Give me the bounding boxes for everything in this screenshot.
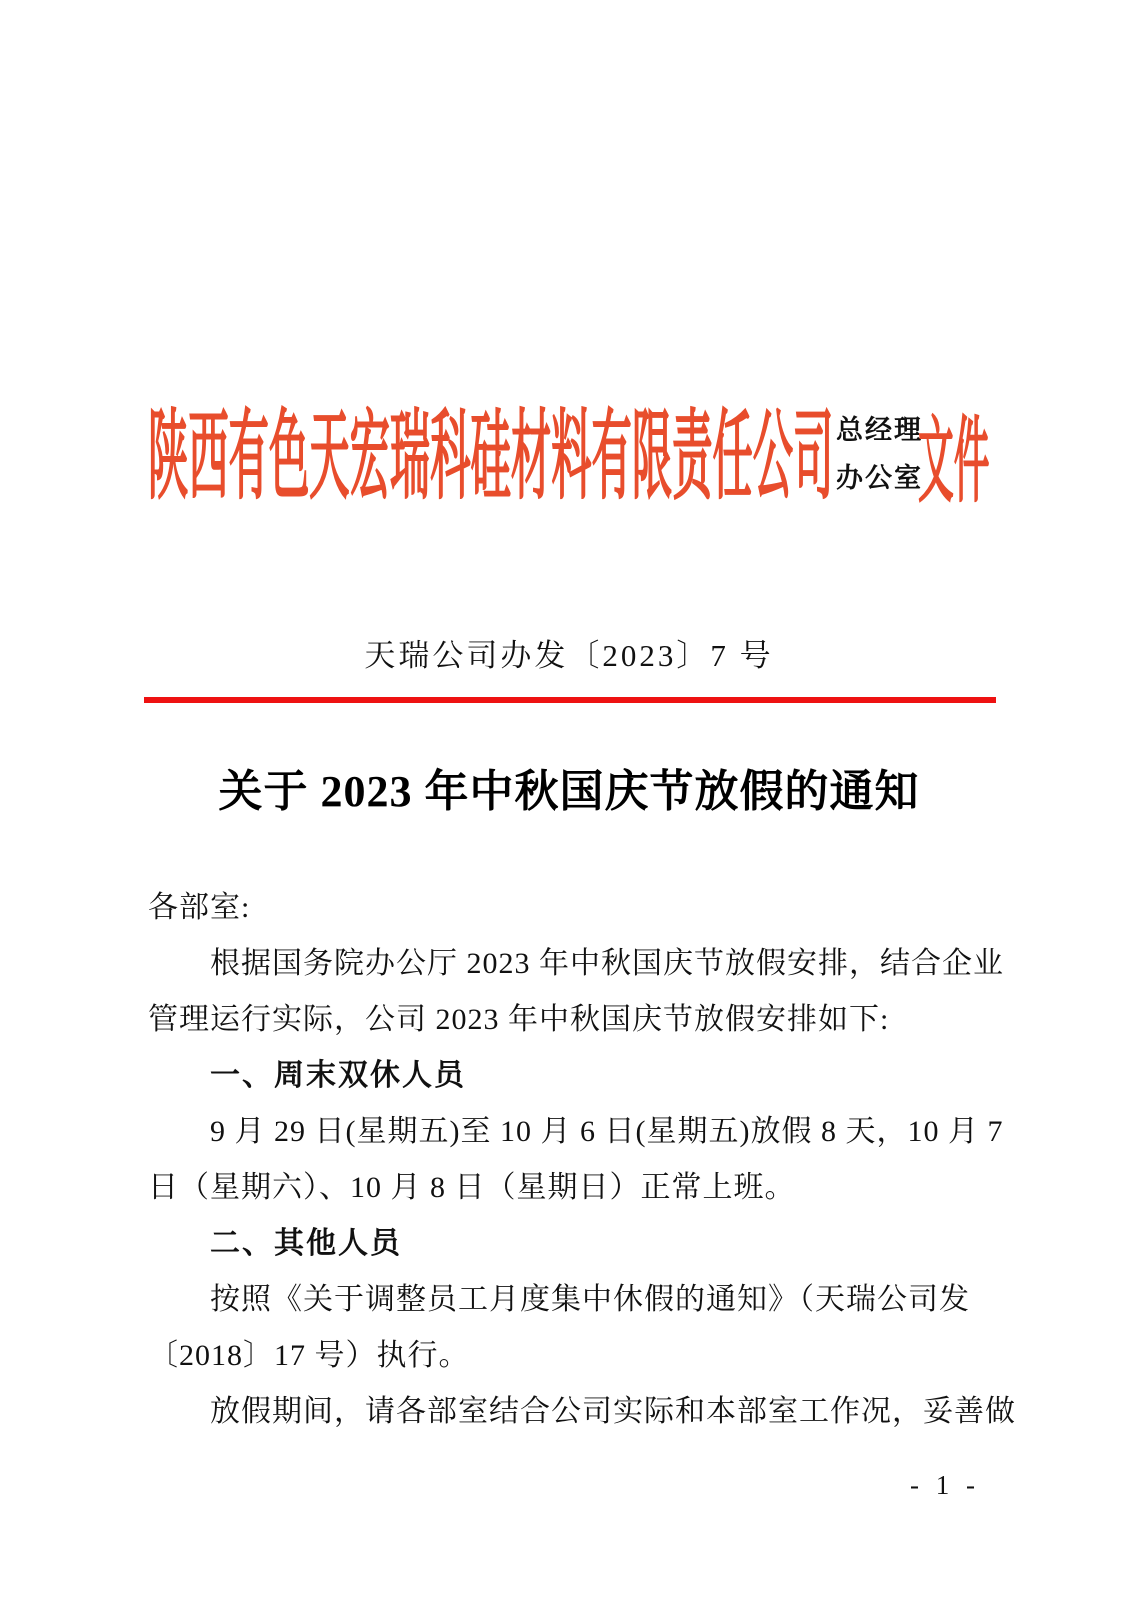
document-page: 陕西有色天宏瑞科硅材料有限责任公司 总经理 办公室 文件 天瑞公司办发〔2023…	[0, 0, 1130, 1600]
document-body: 各部室: 根据国务院办公厅 2023 年中秋国庆节放假安排，结合企业 管理运行实…	[148, 880, 990, 1440]
body-section-heading-1: 一、周末双休人员	[148, 1048, 990, 1104]
body-line: 管理运行实际，公司 2023 年中秋国庆节放假安排如下:	[148, 992, 990, 1048]
letterhead-banner: 陕西有色天宏瑞科硅材料有限责任公司 总经理 办公室 文件	[148, 398, 990, 516]
body-line: 放假期间，请各部室结合公司实际和本部室工作况，妥善做	[148, 1384, 990, 1440]
body-section-heading-2: 二、其他人员	[148, 1216, 990, 1272]
body-line: 9 月 29 日(星期五)至 10 月 6 日(星期五)放假 8 天，10 月 …	[148, 1104, 990, 1160]
document-number: 天瑞公司办发〔2023〕7 号	[148, 636, 990, 676]
issuing-office: 总经理 办公室	[836, 406, 928, 502]
body-line: 日（星期六）、10 月 8 日（星期日）正常上班。	[148, 1160, 990, 1216]
page-number: - 1 -	[910, 1468, 980, 1502]
issuing-office-line1: 总经理	[836, 406, 928, 454]
body-line: 根据国务院办公厅 2023 年中秋国庆节放假安排，结合企业	[148, 936, 990, 992]
body-line-salutation: 各部室:	[148, 880, 990, 936]
issuing-office-line2: 办公室	[836, 454, 928, 502]
document-type-word: 文件	[918, 414, 989, 510]
red-divider-rule	[144, 697, 996, 703]
company-name: 陕西有色天宏瑞科硅材料有限责任公司	[148, 406, 833, 508]
document-title: 关于 2023 年中秋国庆节放假的通知	[148, 766, 990, 818]
body-line: 〔2018〕17 号）执行。	[148, 1328, 990, 1384]
body-line: 按照《关于调整员工月度集中休假的通知》（天瑞公司发	[148, 1272, 990, 1328]
